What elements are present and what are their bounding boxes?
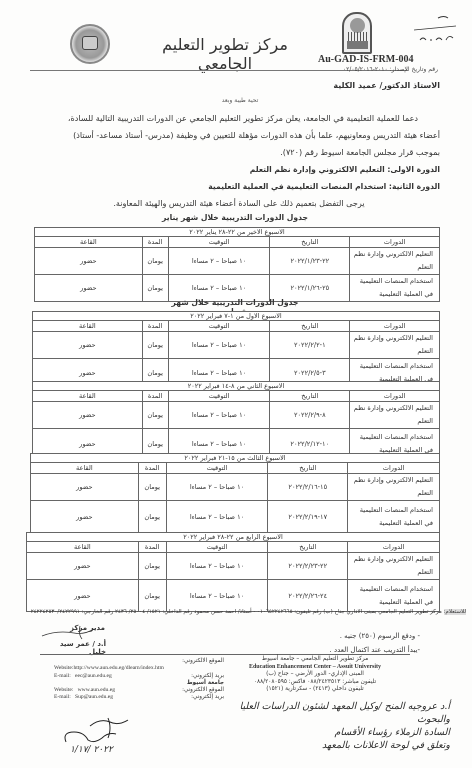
- table-row: التعليم الالكتروني وإدارة نظم التعلم ١-٢…: [33, 332, 440, 359]
- inquiry-note: للاستعلام: مركز تطوير التعليم الجامعي بم…: [31, 609, 466, 615]
- col-date: التاريخ: [268, 463, 348, 474]
- col-duration: المدة: [138, 542, 166, 553]
- col-time: التوقيت: [166, 463, 268, 474]
- handwritten-reference: [410, 10, 460, 46]
- week-label: الاسبوع الرابع من ٢٢-٢٨ فبراير ٢٠٢٢: [27, 533, 440, 542]
- january-table-title: جدول الدورات التدريبية خلال شهر يناير: [160, 213, 310, 222]
- table-row: استخدام المنصات التعليمية في العملية الت…: [31, 501, 440, 533]
- february-week-4-table: الاسبوع الرابع من ٢٢-٢٨ فبراير ٢٠٢٢ الدو…: [26, 532, 440, 612]
- col-courses: الدورات: [348, 463, 440, 474]
- col-duration: المدة: [142, 391, 168, 402]
- email-link[interactable]: eec@aun.edu.eg: [75, 673, 112, 679]
- letter-body: دعما للعملية التعليمية في الجامعة، يعلن …: [38, 110, 440, 212]
- inquiry-label: للاستعلام:: [444, 609, 466, 615]
- col-hall: القاعة: [35, 237, 143, 248]
- inquiry-text: مركز تطوير التعليم الجامعي بمبنى الاداري…: [31, 609, 442, 615]
- col-duration: المدة: [142, 321, 168, 332]
- col-time: التوقيت: [168, 391, 270, 402]
- table-row: التعليم الالكتروني وإدارة نظم التعلم ١٥-…: [31, 474, 440, 501]
- footer-divider: [40, 654, 410, 655]
- col-hall: القاعة: [33, 391, 143, 402]
- center-title: مركز تطوير التعليم الجامعي: [150, 35, 300, 73]
- website-link[interactable]: http://www.aun.edu.eg/dlearn/index.htm: [73, 665, 163, 671]
- col-hall: القاعة: [33, 321, 143, 332]
- closing-line: يرجى التفضل بتعميم ذلك على السادة أعضاء …: [38, 195, 440, 212]
- week-label: الاسبوع الثالث من ١٥-٢١ فبراير ٢٠٢٢: [31, 454, 440, 463]
- handwritten-date: ٢٠٢٢ /١/١٧: [70, 745, 113, 755]
- week-label: الاسبوع الاخير من ٢٢-٢٨ يناير ٢٠٢٢: [35, 228, 440, 237]
- february-week-2-table: الاسبوع الثاني من ٨-١٤ فبراير ٢٠٢٢ الدور…: [32, 381, 440, 459]
- handwritten-note: أ.د عروجيه المنح /وكيل المعهد لشئون الدر…: [210, 700, 450, 752]
- col-courses: الدورات: [350, 391, 440, 402]
- col-time: التوقيت: [166, 542, 268, 553]
- week-label: الاسبوع الثاني من ٨-١٤ فبراير ٢٠٢٢: [33, 382, 440, 391]
- col-courses: الدورات: [350, 237, 440, 248]
- col-hall: القاعة: [27, 542, 139, 553]
- footer-contact-left: الموقع الالكتروني: Website:http://www.au…: [54, 658, 224, 702]
- manager-signature: [40, 624, 110, 640]
- february-week-3-table: الاسبوع الثالث من ١٥-٢١ فبراير ٢٠٢٢ الدو…: [30, 453, 440, 533]
- footer-contact-right: مركز تطوير التعليم الجامعي – جامعة أسيوط…: [230, 656, 400, 694]
- issue-date: رقم وتاريخ الإصدار: ٢٠١٠-٠٢/٠٥/٢٠١٦: [318, 66, 438, 73]
- paragraph-3: بموجب قرار مجلس الجامعة اسيوط رقم (٧٢٠).: [38, 144, 440, 161]
- col-date: التاريخ: [268, 542, 348, 553]
- table-row: التعليم الالكتروني وإدارة نظم التعلم ٢٢-…: [35, 248, 440, 275]
- col-duration: المدة: [138, 463, 166, 474]
- col-courses: الدورات: [348, 542, 440, 553]
- addressee: الاستاذ الدكتور/ عميد الكلية: [300, 81, 440, 90]
- education-center-logo: [70, 24, 110, 64]
- table-row: التعليم الالكتروني وإدارة نظم التعلم ٢٢-…: [27, 553, 440, 580]
- col-courses: الدورات: [350, 321, 440, 332]
- january-schedule-table: الاسبوع الاخير من ٢٢-٢٨ يناير ٢٠٢٢ الدور…: [34, 227, 440, 302]
- col-date: التاريخ: [270, 237, 350, 248]
- february-week-1-table: الاسبوع الاول من ١-٧ فبراير ٢٠٢٢ الدورات…: [32, 311, 440, 387]
- col-hall: القاعة: [31, 463, 139, 474]
- assiut-university-logo: [342, 12, 372, 54]
- email-link-2[interactable]: Sup@aun.edu.eg: [75, 694, 113, 700]
- col-time: التوقيت: [168, 321, 270, 332]
- paragraph-2: أعضاء هيئة التدريس ومعاونيهم، علما بأن ه…: [38, 127, 440, 144]
- col-date: التاريخ: [270, 391, 350, 402]
- website-link-2[interactable]: www.aun.edu.eg: [78, 687, 115, 693]
- paragraph-1: دعما للعملية التعليمية في الجامعة، يعلن …: [38, 110, 440, 127]
- col-date: التاريخ: [270, 321, 350, 332]
- course-1: الدورة الاولى: التعليم الالكتروني وإدارة…: [38, 161, 440, 178]
- table-row: استخدام المنصات التعليمية في العملية الت…: [27, 580, 440, 612]
- week-label: الاسبوع الاول من ١-٧ فبراير ٢٠٢٢: [33, 312, 440, 321]
- course-2: الدورة الثانية: استخدام المنصات التعليمي…: [38, 178, 440, 195]
- fee-note: - ودفع الرسوم (٢٥٠) جنيه .: [290, 632, 420, 640]
- greeting: تحية طيبة وبعد: [200, 97, 280, 104]
- col-time: التوقيت: [168, 237, 270, 248]
- form-code: Au-GAD-IS-FRM-004: [318, 54, 414, 65]
- col-duration: المدة: [142, 237, 168, 248]
- start-note: -يبدأ التدريب عند اكتمال العدد .: [290, 646, 420, 654]
- table-row: التعليم الالكتروني وإدارة نظم التعلم ٨-٢…: [33, 402, 440, 429]
